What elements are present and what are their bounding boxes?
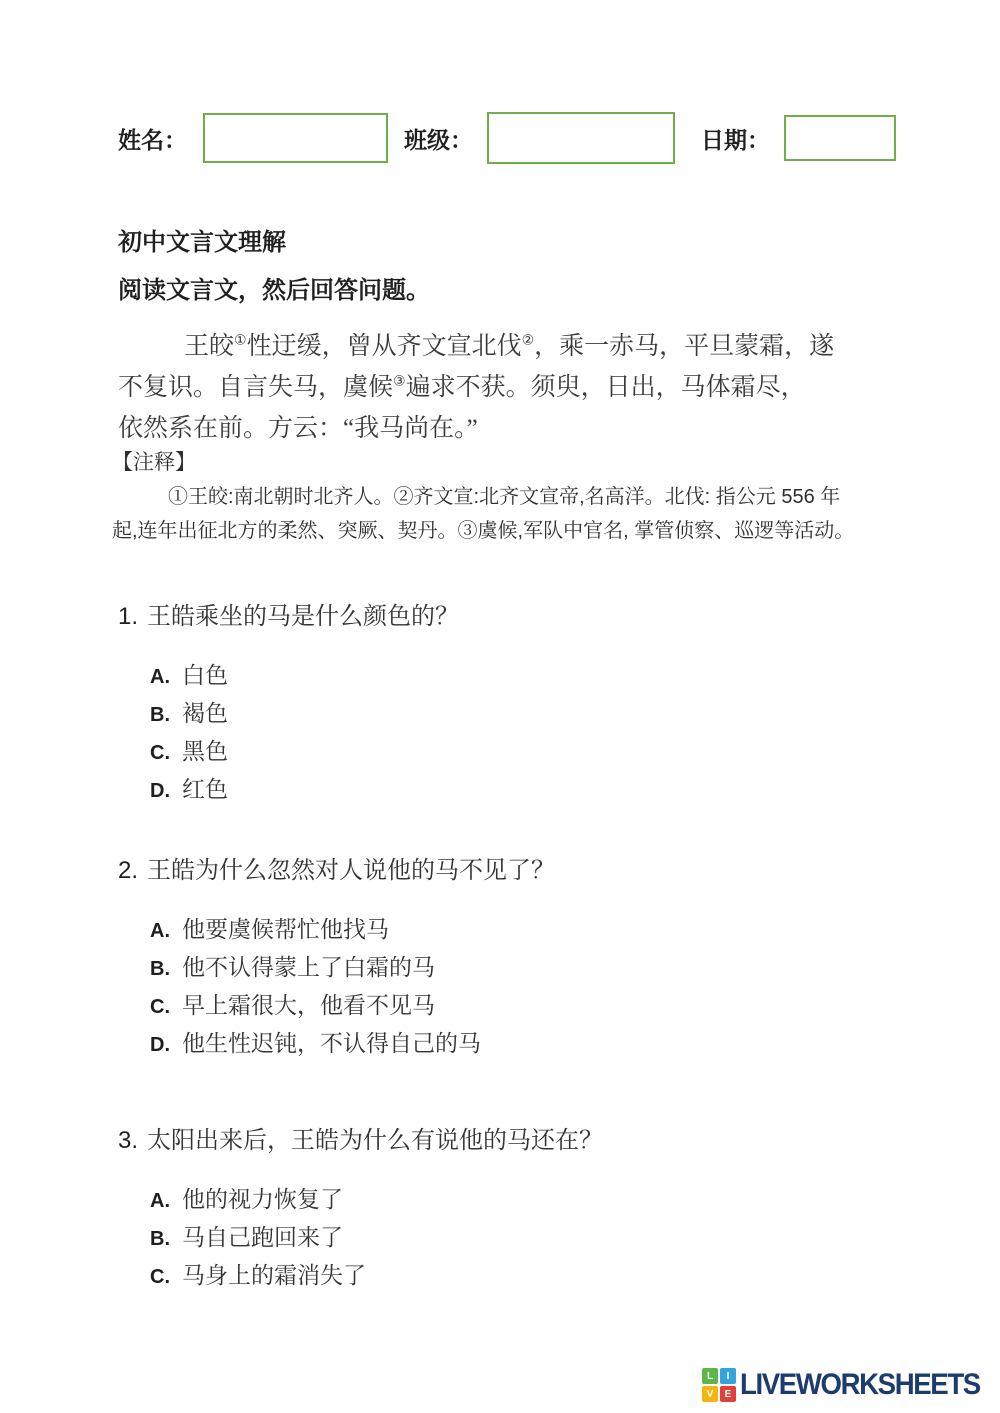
option-text: 马身上的霜消失了 bbox=[182, 1257, 366, 1290]
logo-square-i: I bbox=[720, 1368, 736, 1384]
class-input[interactable] bbox=[487, 112, 675, 164]
option-letter: C. bbox=[150, 742, 182, 765]
liveworksheets-wordmark: LIVEWORKSHEETS bbox=[740, 1368, 980, 1402]
option-text: 褐色 bbox=[182, 695, 228, 728]
question-3-heading: 3. 太阳出来后，王皓为什么有说他的马还在？ bbox=[118, 1120, 603, 1155]
student-info-form: 姓名： 班级： 日期： bbox=[118, 112, 896, 164]
class-label: 班级： bbox=[404, 122, 473, 155]
logo-square-v: V bbox=[702, 1386, 718, 1402]
passage: 王皎①性迂缓，曾从齐文宣北伐②，乘一赤马，平旦蒙霜，遂 不复识。自言失马，虞候③… bbox=[118, 326, 908, 449]
question-1: 1. 王皓乘坐的马是什么颜色的？ A. 白色 B. 褐色 C. 黑色 D. 红色 bbox=[118, 596, 459, 809]
logo-square-l: L bbox=[702, 1368, 718, 1384]
annotations: 【注释】 ①王皎:南北朝时北齐人。②齐文宣:北齐文宣帝,名高洋。北伐: 指公元 … bbox=[112, 446, 912, 548]
question-number: 1. bbox=[118, 603, 138, 631]
date-input[interactable] bbox=[784, 115, 896, 161]
option-c[interactable]: C. 马身上的霜消失了 bbox=[150, 1257, 603, 1295]
instruction-text: 阅读文言文，然后回答问题。 bbox=[118, 270, 430, 305]
question-number: 3. bbox=[118, 1127, 138, 1155]
option-text: 黑色 bbox=[182, 733, 228, 766]
annotation-line: 起,连年出征北方的柔然、突厥、契丹。③虞候,军队中官名, 掌管侦察、巡逻等活动。 bbox=[112, 514, 912, 548]
passage-line: 不复识。自言失马，虞候③遍求不获。须臾，日出，马体霜尽， bbox=[118, 367, 908, 408]
option-letter: D. bbox=[150, 1034, 182, 1057]
option-text: 白色 bbox=[182, 657, 228, 690]
option-b[interactable]: B. 他不认得蒙上了白霜的马 bbox=[150, 949, 555, 987]
option-letter: D. bbox=[150, 780, 182, 803]
name-label: 姓名： bbox=[118, 122, 187, 155]
question-number: 2. bbox=[118, 857, 138, 885]
option-text: 他要虞候帮忙他找马 bbox=[182, 911, 389, 944]
option-text: 他不认得蒙上了白霜的马 bbox=[182, 949, 435, 982]
option-text: 马自己跑回来了 bbox=[182, 1219, 343, 1252]
date-label: 日期： bbox=[701, 122, 770, 155]
option-a[interactable]: A. 他的视力恢复了 bbox=[150, 1181, 603, 1219]
question-text: 王皓为什么忽然对人说他的马不见了？ bbox=[147, 850, 555, 885]
option-text: 早上霜很大，他看不见马 bbox=[182, 987, 435, 1020]
option-c[interactable]: C. 黑色 bbox=[150, 733, 459, 771]
logo-square-e: E bbox=[720, 1386, 736, 1402]
option-text: 他的视力恢复了 bbox=[182, 1181, 343, 1214]
option-b[interactable]: B. 褐色 bbox=[150, 695, 459, 733]
passage-line: 依然系在前。方云：“我马尚在。” bbox=[118, 408, 908, 449]
option-d[interactable]: D. 红色 bbox=[150, 771, 459, 809]
question-text: 王皓乘坐的马是什么颜色的？ bbox=[147, 596, 459, 631]
option-letter: A. bbox=[150, 1190, 182, 1213]
option-letter: B. bbox=[150, 1228, 182, 1251]
page-title: 初中文言文理解 bbox=[118, 222, 286, 257]
option-text: 他生性迟钝，不认得自己的马 bbox=[182, 1025, 481, 1058]
option-b[interactable]: B. 马自己跑回来了 bbox=[150, 1219, 603, 1257]
option-letter: B. bbox=[150, 704, 182, 727]
question-3: 3. 太阳出来后，王皓为什么有说他的马还在？ A. 他的视力恢复了 B. 马自己… bbox=[118, 1120, 603, 1295]
question-1-heading: 1. 王皓乘坐的马是什么颜色的？ bbox=[118, 596, 459, 631]
question-2-heading: 2. 王皓为什么忽然对人说他的马不见了？ bbox=[118, 850, 555, 885]
liveworksheets-logo-icon: L I V E bbox=[702, 1368, 736, 1402]
question-2: 2. 王皓为什么忽然对人说他的马不见了？ A. 他要虞候帮忙他找马 B. 他不认… bbox=[118, 850, 555, 1063]
option-letter: C. bbox=[150, 996, 182, 1019]
liveworksheets-logo[interactable]: L I V E LIVEWORKSHEETS bbox=[702, 1368, 1000, 1402]
option-letter: A. bbox=[150, 920, 182, 943]
option-letter: A. bbox=[150, 666, 182, 689]
option-text: 红色 bbox=[182, 771, 228, 804]
question-1-options: A. 白色 B. 褐色 C. 黑色 D. 红色 bbox=[150, 657, 459, 809]
option-a[interactable]: A. 他要虞候帮忙他找马 bbox=[150, 911, 555, 949]
option-d[interactable]: D. 他生性迟钝，不认得自己的马 bbox=[150, 1025, 555, 1063]
question-2-options: A. 他要虞候帮忙他找马 B. 他不认得蒙上了白霜的马 C. 早上霜很大，他看不… bbox=[150, 911, 555, 1063]
annotations-heading: 【注释】 bbox=[112, 446, 912, 480]
name-input[interactable] bbox=[203, 113, 388, 163]
option-letter: B. bbox=[150, 958, 182, 981]
option-a[interactable]: A. 白色 bbox=[150, 657, 459, 695]
question-text: 太阳出来后，王皓为什么有说他的马还在？ bbox=[147, 1120, 603, 1155]
passage-line: 王皎①性迂缓，曾从齐文宣北伐②，乘一赤马，平旦蒙霜，遂 bbox=[118, 326, 908, 367]
worksheet-page: 姓名： 班级： 日期： 初中文言文理解 阅读文言文，然后回答问题。 王皎①性迂缓… bbox=[0, 0, 1000, 1413]
annotation-line: ①王皎:南北朝时北齐人。②齐文宣:北齐文宣帝,名高洋。北伐: 指公元 556 年 bbox=[112, 480, 912, 514]
option-c[interactable]: C. 早上霜很大，他看不见马 bbox=[150, 987, 555, 1025]
option-letter: C. bbox=[150, 1266, 182, 1289]
question-3-options: A. 他的视力恢复了 B. 马自己跑回来了 C. 马身上的霜消失了 bbox=[150, 1181, 603, 1295]
